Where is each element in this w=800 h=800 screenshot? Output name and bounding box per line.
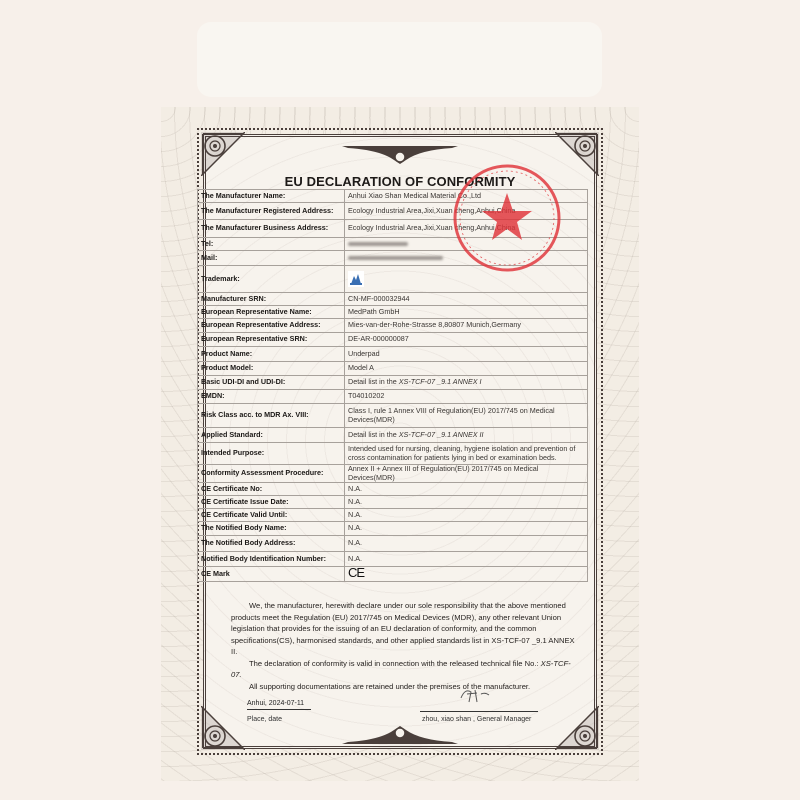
row-value bbox=[345, 266, 588, 293]
row-label: Risk Class acc. to MDR Ax. VIII: bbox=[198, 404, 345, 428]
declaration-statement: We, the manufacturer, herewith declare u… bbox=[231, 600, 577, 692]
row-label: CE Mark bbox=[198, 567, 345, 582]
corner-ornament-icon bbox=[201, 132, 245, 176]
row-value: N.A. bbox=[345, 552, 588, 567]
table-row: CE MarkCE bbox=[198, 567, 588, 582]
row-label: The Notified Body Name: bbox=[198, 522, 345, 536]
row-label: The Manufacturer Registered Address: bbox=[198, 203, 345, 220]
row-label: European Representative Name: bbox=[198, 306, 345, 319]
top-blank-card bbox=[197, 22, 602, 97]
row-value: N.A. bbox=[345, 522, 588, 536]
table-row: The Manufacturer Registered Address:Ecol… bbox=[198, 203, 588, 220]
signatory-caption: zhou, xiao shan , General Manager bbox=[422, 716, 531, 723]
row-label: CE Certificate Issue Date: bbox=[198, 496, 345, 509]
row-label: Mail: bbox=[198, 251, 345, 266]
row-label: EMDN: bbox=[198, 390, 345, 404]
row-value: Intended used for nursing, cleaning, hyg… bbox=[345, 443, 588, 465]
table-row: Risk Class acc. to MDR Ax. VIII:Class I,… bbox=[198, 404, 588, 428]
row-value: N.A. bbox=[345, 536, 588, 552]
row-value: MedPath GmbH bbox=[345, 306, 588, 319]
row-value: Ecology Industrial Area,Jixi,Xuan cheng,… bbox=[345, 203, 588, 220]
table-row: Conformity Assessment Procedure:Annex II… bbox=[198, 465, 588, 483]
table-row: EMDN:T04010202 bbox=[198, 390, 588, 404]
declaration-paragraph-2: The declaration of conformity is valid i… bbox=[231, 658, 577, 681]
table-row: Product Model:Model A bbox=[198, 362, 588, 376]
row-value: Anhui Xiao Shan Medical Material Co.,Ltd bbox=[345, 190, 588, 203]
row-label: Applied Standard: bbox=[198, 428, 345, 443]
declaration-paragraph-3: All supporting documentations are retain… bbox=[231, 681, 577, 693]
row-value: N.A. bbox=[345, 509, 588, 522]
row-value: Underpad bbox=[345, 347, 588, 362]
row-label: European Representative Address: bbox=[198, 319, 345, 333]
corner-ornament-icon bbox=[555, 706, 599, 750]
row-value: Ecology Industrial Area,Jixi,Xuan cheng,… bbox=[345, 220, 588, 238]
redacted-value bbox=[348, 242, 408, 246]
row-value: Annex II + Annex III of Regulation(EU) 2… bbox=[345, 465, 588, 483]
ce-mark-icon: CE bbox=[348, 565, 364, 580]
corner-ornament-icon bbox=[201, 706, 245, 750]
row-value: CE bbox=[345, 567, 588, 582]
trademark-logo-icon bbox=[348, 271, 364, 287]
row-value bbox=[345, 238, 588, 251]
row-label: Trademark: bbox=[198, 266, 345, 293]
table-row: European Representative Name:MedPath Gmb… bbox=[198, 306, 588, 319]
declaration-paragraph-1: We, the manufacturer, herewith declare u… bbox=[231, 600, 577, 658]
bottom-flourish-icon bbox=[340, 722, 460, 748]
table-row: European Representative Address:Mies-van… bbox=[198, 319, 588, 333]
table-row: Tel: bbox=[198, 238, 588, 251]
table-row: The Manufacturer Business Address:Ecolog… bbox=[198, 220, 588, 238]
table-row: The Notified Body Address:N.A. bbox=[198, 536, 588, 552]
row-label: CE Certificate No: bbox=[198, 483, 345, 496]
row-label: Product Model: bbox=[198, 362, 345, 376]
document-title: EU DECLARATION OF CONFORMITY bbox=[197, 174, 603, 189]
row-label: Tel: bbox=[198, 238, 345, 251]
table-row: Trademark: bbox=[198, 266, 588, 293]
row-value bbox=[345, 251, 588, 266]
table-row: The Notified Body Name:N.A. bbox=[198, 522, 588, 536]
row-value: CN-MF-000032944 bbox=[345, 293, 588, 306]
signature-icon bbox=[455, 684, 495, 706]
row-value: N.A. bbox=[345, 496, 588, 509]
table-row: Manufacturer SRN:CN-MF-000032944 bbox=[198, 293, 588, 306]
row-label: Notified Body Identification Number: bbox=[198, 552, 345, 567]
table-row: The Manufacturer Name:Anhui Xiao Shan Me… bbox=[198, 190, 588, 203]
row-value: Mies-van-der-Rohe-Strasse 8,80807 Munich… bbox=[345, 319, 588, 333]
row-label: CE Certificate Valid Until: bbox=[198, 509, 345, 522]
table-row: European Representative SRN:DE-AR-000000… bbox=[198, 333, 588, 347]
row-value: Detail list in the XS-TCF-07 _9.1 ANNEX … bbox=[345, 376, 588, 390]
table-row: Product Name:Underpad bbox=[198, 347, 588, 362]
place-date-value: Anhui, 2024-07-11 bbox=[247, 700, 311, 710]
row-label: The Manufacturer Business Address: bbox=[198, 220, 345, 238]
row-label: Conformity Assessment Procedure: bbox=[198, 465, 345, 483]
declaration-table: The Manufacturer Name:Anhui Xiao Shan Me… bbox=[197, 189, 588, 582]
table-row: CE Certificate No:N.A. bbox=[198, 483, 588, 496]
row-value: N.A. bbox=[345, 483, 588, 496]
row-label: The Manufacturer Name: bbox=[198, 190, 345, 203]
row-value: DE-AR-000000087 bbox=[345, 333, 588, 347]
row-value: Detail list in the XS-TCF-07 _9.1 ANNEX … bbox=[345, 428, 588, 443]
table-row: Basic UDI-DI and UDI-DI:Detail list in t… bbox=[198, 376, 588, 390]
row-label: Basic UDI-DI and UDI-DI: bbox=[198, 376, 345, 390]
row-label: Manufacturer SRN: bbox=[198, 293, 345, 306]
table-row: Notified Body Identification Number:N.A. bbox=[198, 552, 588, 567]
row-value: Class I, rule 1 Annex VIII of Regulation… bbox=[345, 404, 588, 428]
row-label: European Representative SRN: bbox=[198, 333, 345, 347]
row-label: The Notified Body Address: bbox=[198, 536, 345, 552]
signature-line bbox=[420, 711, 538, 712]
table-row: Applied Standard:Detail list in the XS-T… bbox=[198, 428, 588, 443]
place-date-caption: Place, date bbox=[247, 716, 282, 723]
row-label: Product Name: bbox=[198, 347, 345, 362]
table-row: Intended Purpose:Intended used for nursi… bbox=[198, 443, 588, 465]
row-value: T04010202 bbox=[345, 390, 588, 404]
corner-ornament-icon bbox=[555, 132, 599, 176]
table-row: CE Certificate Issue Date:N.A. bbox=[198, 496, 588, 509]
table-row: CE Certificate Valid Until:N.A. bbox=[198, 509, 588, 522]
row-value: Model A bbox=[345, 362, 588, 376]
table-row: Mail: bbox=[198, 251, 588, 266]
top-flourish-icon bbox=[340, 142, 460, 168]
row-label: Intended Purpose: bbox=[198, 443, 345, 465]
redacted-value bbox=[348, 256, 443, 260]
